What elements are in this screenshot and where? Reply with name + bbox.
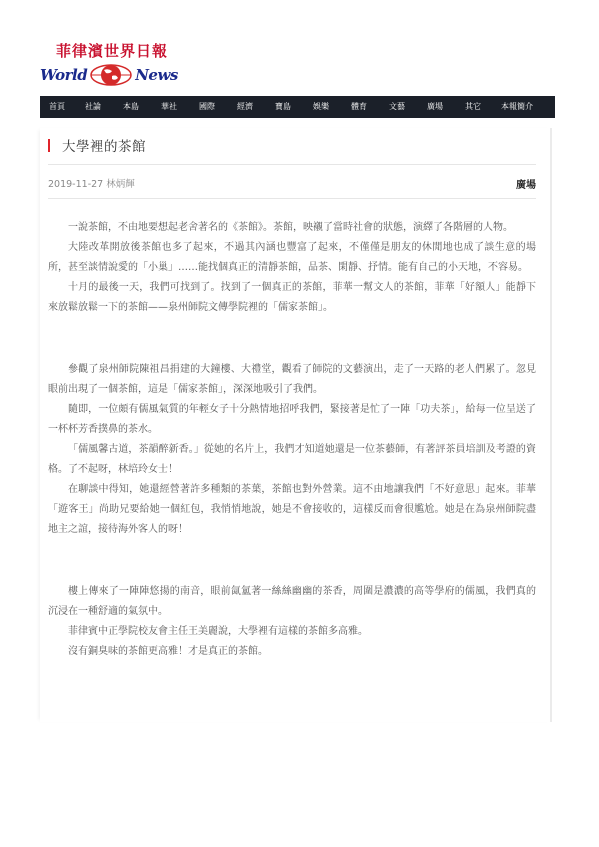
article-date-author: 2019-11-27 林炳輝 bbox=[48, 176, 135, 190]
article-paragraph: 菲律賓中正學院校友會主任王美麗說，大學裡有這樣的茶館多高雅。 bbox=[48, 622, 536, 642]
divider bbox=[48, 198, 536, 199]
article-paragraph: 一說茶館，不由地要想起老舍著名的《茶館》。茶館，映襯了當時社會的狀態，演繹了各階… bbox=[48, 218, 536, 238]
article-category-link[interactable]: 廣場 bbox=[516, 176, 536, 191]
logo-word-news: News bbox=[135, 66, 178, 84]
article-header: 大學裡的茶館 bbox=[48, 136, 146, 154]
nav-item-about[interactable]: 本報簡介 bbox=[492, 96, 542, 118]
article-paragraph: 沒有銅臭味的茶館更高雅！才是真正的茶館。 bbox=[48, 642, 536, 662]
nav-item-arts[interactable]: 文藝 bbox=[378, 96, 416, 118]
article-body: 一說茶館，不由地要想起老舍著名的《茶館》。茶館，映襯了當時社會的狀態，演繹了各階… bbox=[48, 218, 536, 662]
nav-item-chinese-community[interactable]: 華社 bbox=[150, 96, 188, 118]
article-paragraph: 大陸改革開放後茶館也多了起來，不過其內涵也豐富了起來，不僅僅是朋友的休閒地也成了… bbox=[48, 238, 536, 278]
article-paragraph: 十月的最後一天，我們可找到了。找到了一個真正的茶館，菲華一幫文人的茶館，菲華「好… bbox=[48, 278, 536, 318]
article-card: 大學裡的茶館 2019-11-27 林炳輝 廣場 一說茶館，不由地要想起老舍著名… bbox=[40, 128, 552, 722]
globe-icon bbox=[90, 64, 132, 86]
article-paragraph: 參觀了泉州師院陳祖昌捐建的大鐘樓、大禮堂，觀看了師院的文藝演出，走了一天路的老人… bbox=[48, 360, 536, 400]
logo-word-world: World bbox=[40, 66, 87, 84]
title-accent-bar bbox=[48, 139, 50, 152]
nav-item-international[interactable]: 國際 bbox=[188, 96, 226, 118]
article-paragraph: 樓上傳來了一陣陣悠揚的南音，眼前氤氳著一絲絲幽幽的茶香，周圍是濃濃的高等學府的儒… bbox=[48, 582, 536, 622]
nav-item-entertainment[interactable]: 娛樂 bbox=[302, 96, 340, 118]
paragraph-gap bbox=[48, 540, 536, 582]
article-paragraph: 隨即，一位頗有儒風氣質的年輕女子十分熱情地招呼我們，緊接著是忙了一陣「功夫茶」，… bbox=[48, 400, 536, 440]
paragraph-gap bbox=[48, 318, 536, 360]
divider bbox=[48, 164, 536, 165]
article-title: 大學裡的茶館 bbox=[62, 135, 146, 155]
article-meta: 2019-11-27 林炳輝 廣場 bbox=[48, 176, 536, 190]
main-nav: 首頁 社論 本島 華社 國際 經濟 寶島 娛樂 體育 文藝 廣場 其它 本報簡介 bbox=[40, 96, 555, 118]
logo-english: World News bbox=[40, 62, 178, 88]
site-logo[interactable]: 菲律濱世界日報 World News bbox=[40, 40, 180, 90]
nav-item-local[interactable]: 本島 bbox=[112, 96, 150, 118]
nav-item-sports[interactable]: 體育 bbox=[340, 96, 378, 118]
article-paragraph: 「儒風馨古道，茶韻醉新香。」從她的名片上，我們才知道她還是一位茶藝師，有著評茶員… bbox=[48, 440, 536, 480]
logo-chinese-name: 菲律濱世界日報 bbox=[56, 40, 168, 61]
nav-item-editorial[interactable]: 社論 bbox=[74, 96, 112, 118]
nav-item-others[interactable]: 其它 bbox=[454, 96, 492, 118]
nav-item-economy[interactable]: 經濟 bbox=[226, 96, 264, 118]
nav-item-taiwan[interactable]: 寶島 bbox=[264, 96, 302, 118]
nav-item-plaza[interactable]: 廣場 bbox=[416, 96, 454, 118]
nav-item-home[interactable]: 首頁 bbox=[40, 96, 74, 118]
article-paragraph: 在聊談中得知，她還經營著許多種類的茶葉，茶館也對外營業。這不由地讓我們「不好意思… bbox=[48, 480, 536, 540]
